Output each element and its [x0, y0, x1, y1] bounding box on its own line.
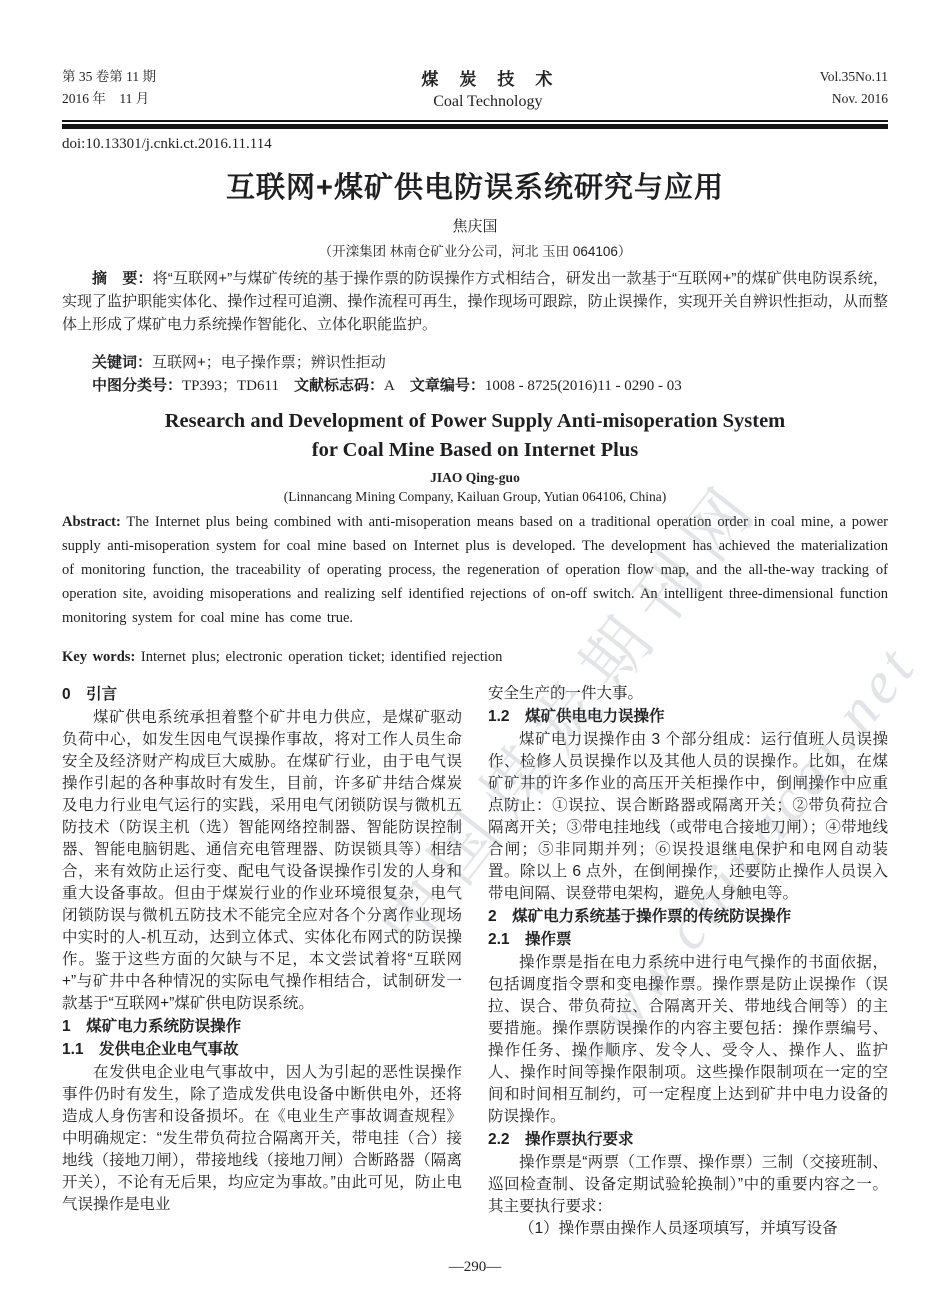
article-title-cn: 互联网+煤矿供电防误系统研究与应用: [62, 165, 888, 206]
doc-code-label: 文献标志码：: [294, 377, 384, 394]
journal-issue-block: 第 35 卷第 11 期 2016 年 11 月: [62, 66, 156, 111]
body-paragraph: 煤矿供电系统承担着整个矿井电力供应，是煤矿驱动负荷中心，如发生因电气误操作事故，…: [62, 707, 462, 1015]
header-rule-thick: [62, 124, 888, 129]
abstract-label-cn: 摘 要：: [92, 270, 153, 287]
journal-issue-cn: 第 35 卷第 11 期: [62, 66, 156, 88]
journal-vol-block: Vol.35No.11 Nov. 2016: [820, 66, 888, 111]
section-heading-1-2: 1.2 煤矿供电电力误操作: [488, 706, 888, 728]
article-title-en-line2: for Coal Mine Based on Internet Plus: [62, 436, 888, 465]
abstract-en: Abstract: The Internet plus being combin…: [62, 510, 888, 630]
abstract-text-cn: 将“互联网+”与煤矿传统的基于操作票的防误操作方式相结合，研发出一款基于“互联网…: [62, 270, 888, 333]
article-id-value: 1008 - 8725(2016)11 - 0290 - 03: [485, 378, 682, 394]
body-paragraph: 操作票是“两票（工作票、操作票）三制（交接班制、巡回检查制、设备定期试验轮换制）…: [488, 1152, 888, 1218]
journal-date-cn: 2016 年 11 月: [62, 88, 156, 110]
keywords-label-en: Key words:: [62, 649, 135, 665]
paper-page: 第 35 卷第 11 期 2016 年 11 月 煤 炭 技 术 Coal Te…: [0, 0, 950, 1298]
journal-date-en: Nov. 2016: [820, 88, 888, 110]
classification-line: 中图分类号：TP393；TD611 文献标志码：A 文章编号：1008 - 87…: [62, 374, 888, 398]
keywords-line-en: Key words: Internet plus; electronic ope…: [62, 645, 888, 669]
keywords-text-cn: 互联网+；电子操作票；辨识性拒动: [152, 354, 386, 371]
section-heading-2-1: 2.1 操作票: [488, 929, 888, 951]
journal-title-en: Coal Technology: [421, 93, 554, 111]
abstract-text-en: The Internet plus being combined with an…: [62, 514, 888, 626]
journal-vol-en: Vol.35No.11: [820, 66, 888, 88]
keywords-label-cn: 关键词：: [92, 354, 152, 371]
clc-value: TP393；TD611: [182, 378, 279, 394]
page-number: —290—: [0, 1259, 950, 1276]
journal-title-block: 煤 炭 技 术 Coal Technology: [421, 65, 554, 111]
body-paragraph: 煤矿电力误操作由 3 个部分组成：运行值班人员误操作、检修人员误操作以及其他人员…: [488, 729, 888, 905]
section-heading-1: 1 煤矿电力系统防误操作: [62, 1016, 462, 1038]
keywords-text-en: Internet plus; electronic operation tick…: [141, 649, 502, 665]
header-rule-thin: [62, 120, 888, 122]
author-cn: 焦庆国: [62, 215, 888, 236]
clc-label: 中图分类号：: [92, 377, 182, 394]
section-heading-2: 2 煤矿电力系统基于操作票的传统防误操作: [488, 906, 888, 928]
column-left: 0 引言 煤矿供电系统承担着整个矿井电力供应，是煤矿驱动负荷中心，如发生因电气误…: [62, 683, 462, 1240]
affiliation-en: (Linnancang Mining Company, Kailuan Grou…: [62, 489, 888, 505]
keywords-line-cn: 关键词：互联网+；电子操作票；辨识性拒动: [62, 351, 888, 374]
section-heading-1-1: 1.1 发供电企业电气事故: [62, 1039, 462, 1061]
journal-header: 第 35 卷第 11 期 2016 年 11 月 煤 炭 技 术 Coal Te…: [62, 64, 888, 112]
article-title-en: Research and Development of Power Supply…: [62, 407, 888, 465]
body-paragraph: 在发供电企业电气事故中，因人为引起的恶性误操作事件仍时有发生，除了造成发供电设备…: [62, 1062, 462, 1216]
abstract-label-en: Abstract:: [62, 514, 121, 530]
doi-line: doi:10.13301/j.cnki.ct.2016.11.114: [62, 136, 888, 153]
section-heading-2-2: 2.2 操作票执行要求: [488, 1129, 888, 1151]
article-id-label: 文章编号：: [410, 377, 485, 394]
affiliation-cn: （开滦集团 林南仓矿业分公司，河北 玉田 064106）: [62, 240, 888, 260]
abstract-cn: 摘 要：将“互联网+”与煤矿传统的基于操作票的防误操作方式相结合，研发出一款基于…: [62, 267, 888, 336]
body-paragraph: （1）操作票由操作人员逐项填写，并填写设备: [488, 1218, 888, 1240]
doc-code-value: A: [384, 378, 395, 394]
body-paragraph: 操作票是指在电力系统中进行电气操作的书面依据，包括调度指令票和变电操作票。操作票…: [488, 952, 888, 1128]
article-title-en-line1: Research and Development of Power Supply…: [62, 407, 888, 436]
author-en: JIAO Qing-guo: [62, 470, 888, 486]
column-right: 安全生产的一件大事。 1.2 煤矿供电电力误操作 煤矿电力误操作由 3 个部分组…: [488, 683, 888, 1240]
body-columns: 0 引言 煤矿供电系统承担着整个矿井电力供应，是煤矿驱动负荷中心，如发生因电气误…: [62, 683, 888, 1240]
journal-title-cn: 煤 炭 技 术: [421, 65, 554, 90]
section-heading-0: 0 引言: [62, 684, 462, 706]
body-paragraph-continued: 安全生产的一件大事。: [488, 683, 888, 705]
